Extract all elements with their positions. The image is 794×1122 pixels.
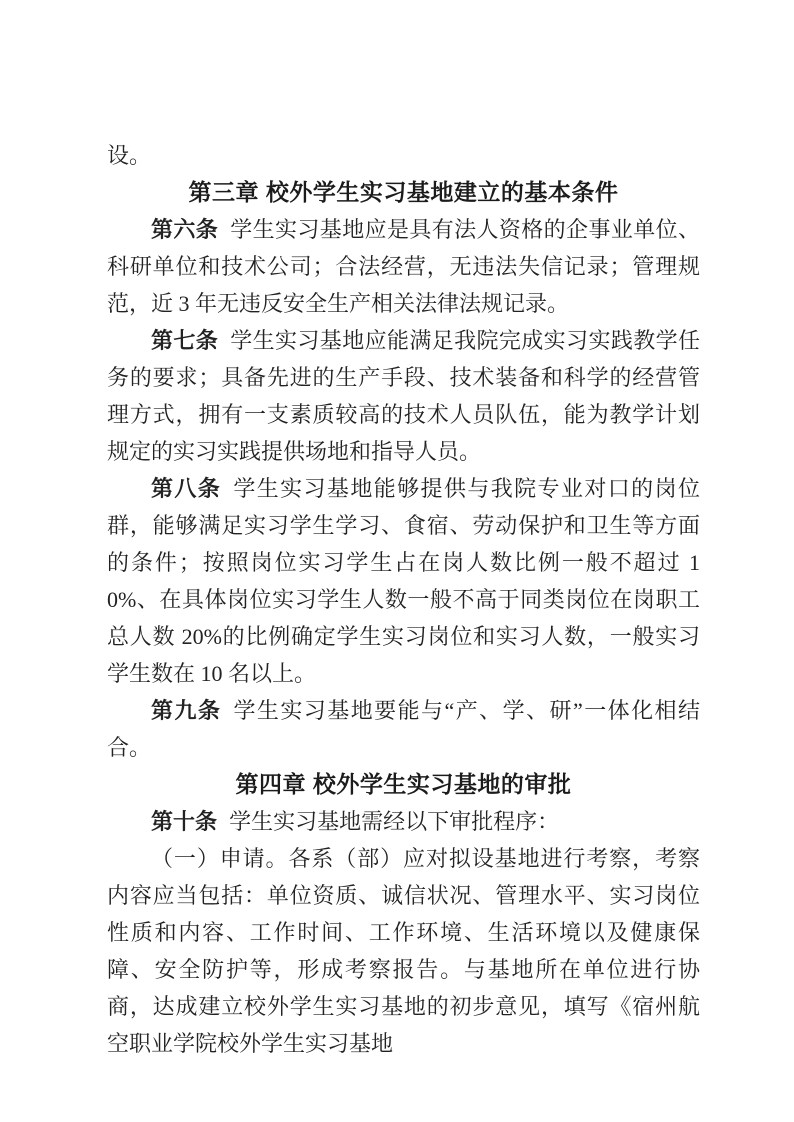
article-10-label: 第十条 bbox=[151, 809, 217, 834]
article-10-text: 学生实习基地需经以下审批程序： bbox=[229, 809, 559, 834]
document-page: 设。 第三章 校外学生实习基地建立的基本条件 第六条学生实习基地应是具有法人资格… bbox=[0, 0, 794, 1122]
paragraph-article-9: 第九条学生实习基地要能与“产、学、研”一体化相结合。 bbox=[107, 692, 700, 766]
paragraph-article-6: 第六条学生实习基地应是具有法人资格的企事业单位、科研单位和技术公司；合法经营，无… bbox=[107, 211, 700, 322]
article-7-label: 第七条 bbox=[151, 328, 218, 353]
paragraph-article-10: 第十条学生实习基地需经以下审批程序： bbox=[107, 803, 700, 840]
paragraph-article-7: 第七条学生实习基地应能满足我院完成实习实践教学任务的要求；具备先进的生产手段、技… bbox=[107, 322, 700, 470]
article-6-label: 第六条 bbox=[151, 217, 218, 242]
paragraph-item-1-application: （一）申请。各系（部）应对拟设基地进行考察，考察内容应当包括：单位资质、诚信状况… bbox=[107, 840, 700, 1062]
chapter-3-heading: 第三章 校外学生实习基地建立的基本条件 bbox=[107, 174, 700, 211]
article-8-text: 学生实习基地能够提供与我院专业对口的岗位群，能够满足实习学生学习、食宿、劳动保护… bbox=[107, 476, 700, 686]
chapter-4-heading: 第四章 校外学生实习基地的审批 bbox=[107, 766, 700, 803]
paragraph-continuation: 设。 bbox=[107, 137, 700, 174]
article-8-label: 第八条 bbox=[151, 476, 221, 501]
article-9-label: 第九条 bbox=[151, 698, 221, 723]
paragraph-article-8: 第八条学生实习基地能够提供与我院专业对口的岗位群，能够满足实习学生学习、食宿、劳… bbox=[107, 470, 700, 692]
